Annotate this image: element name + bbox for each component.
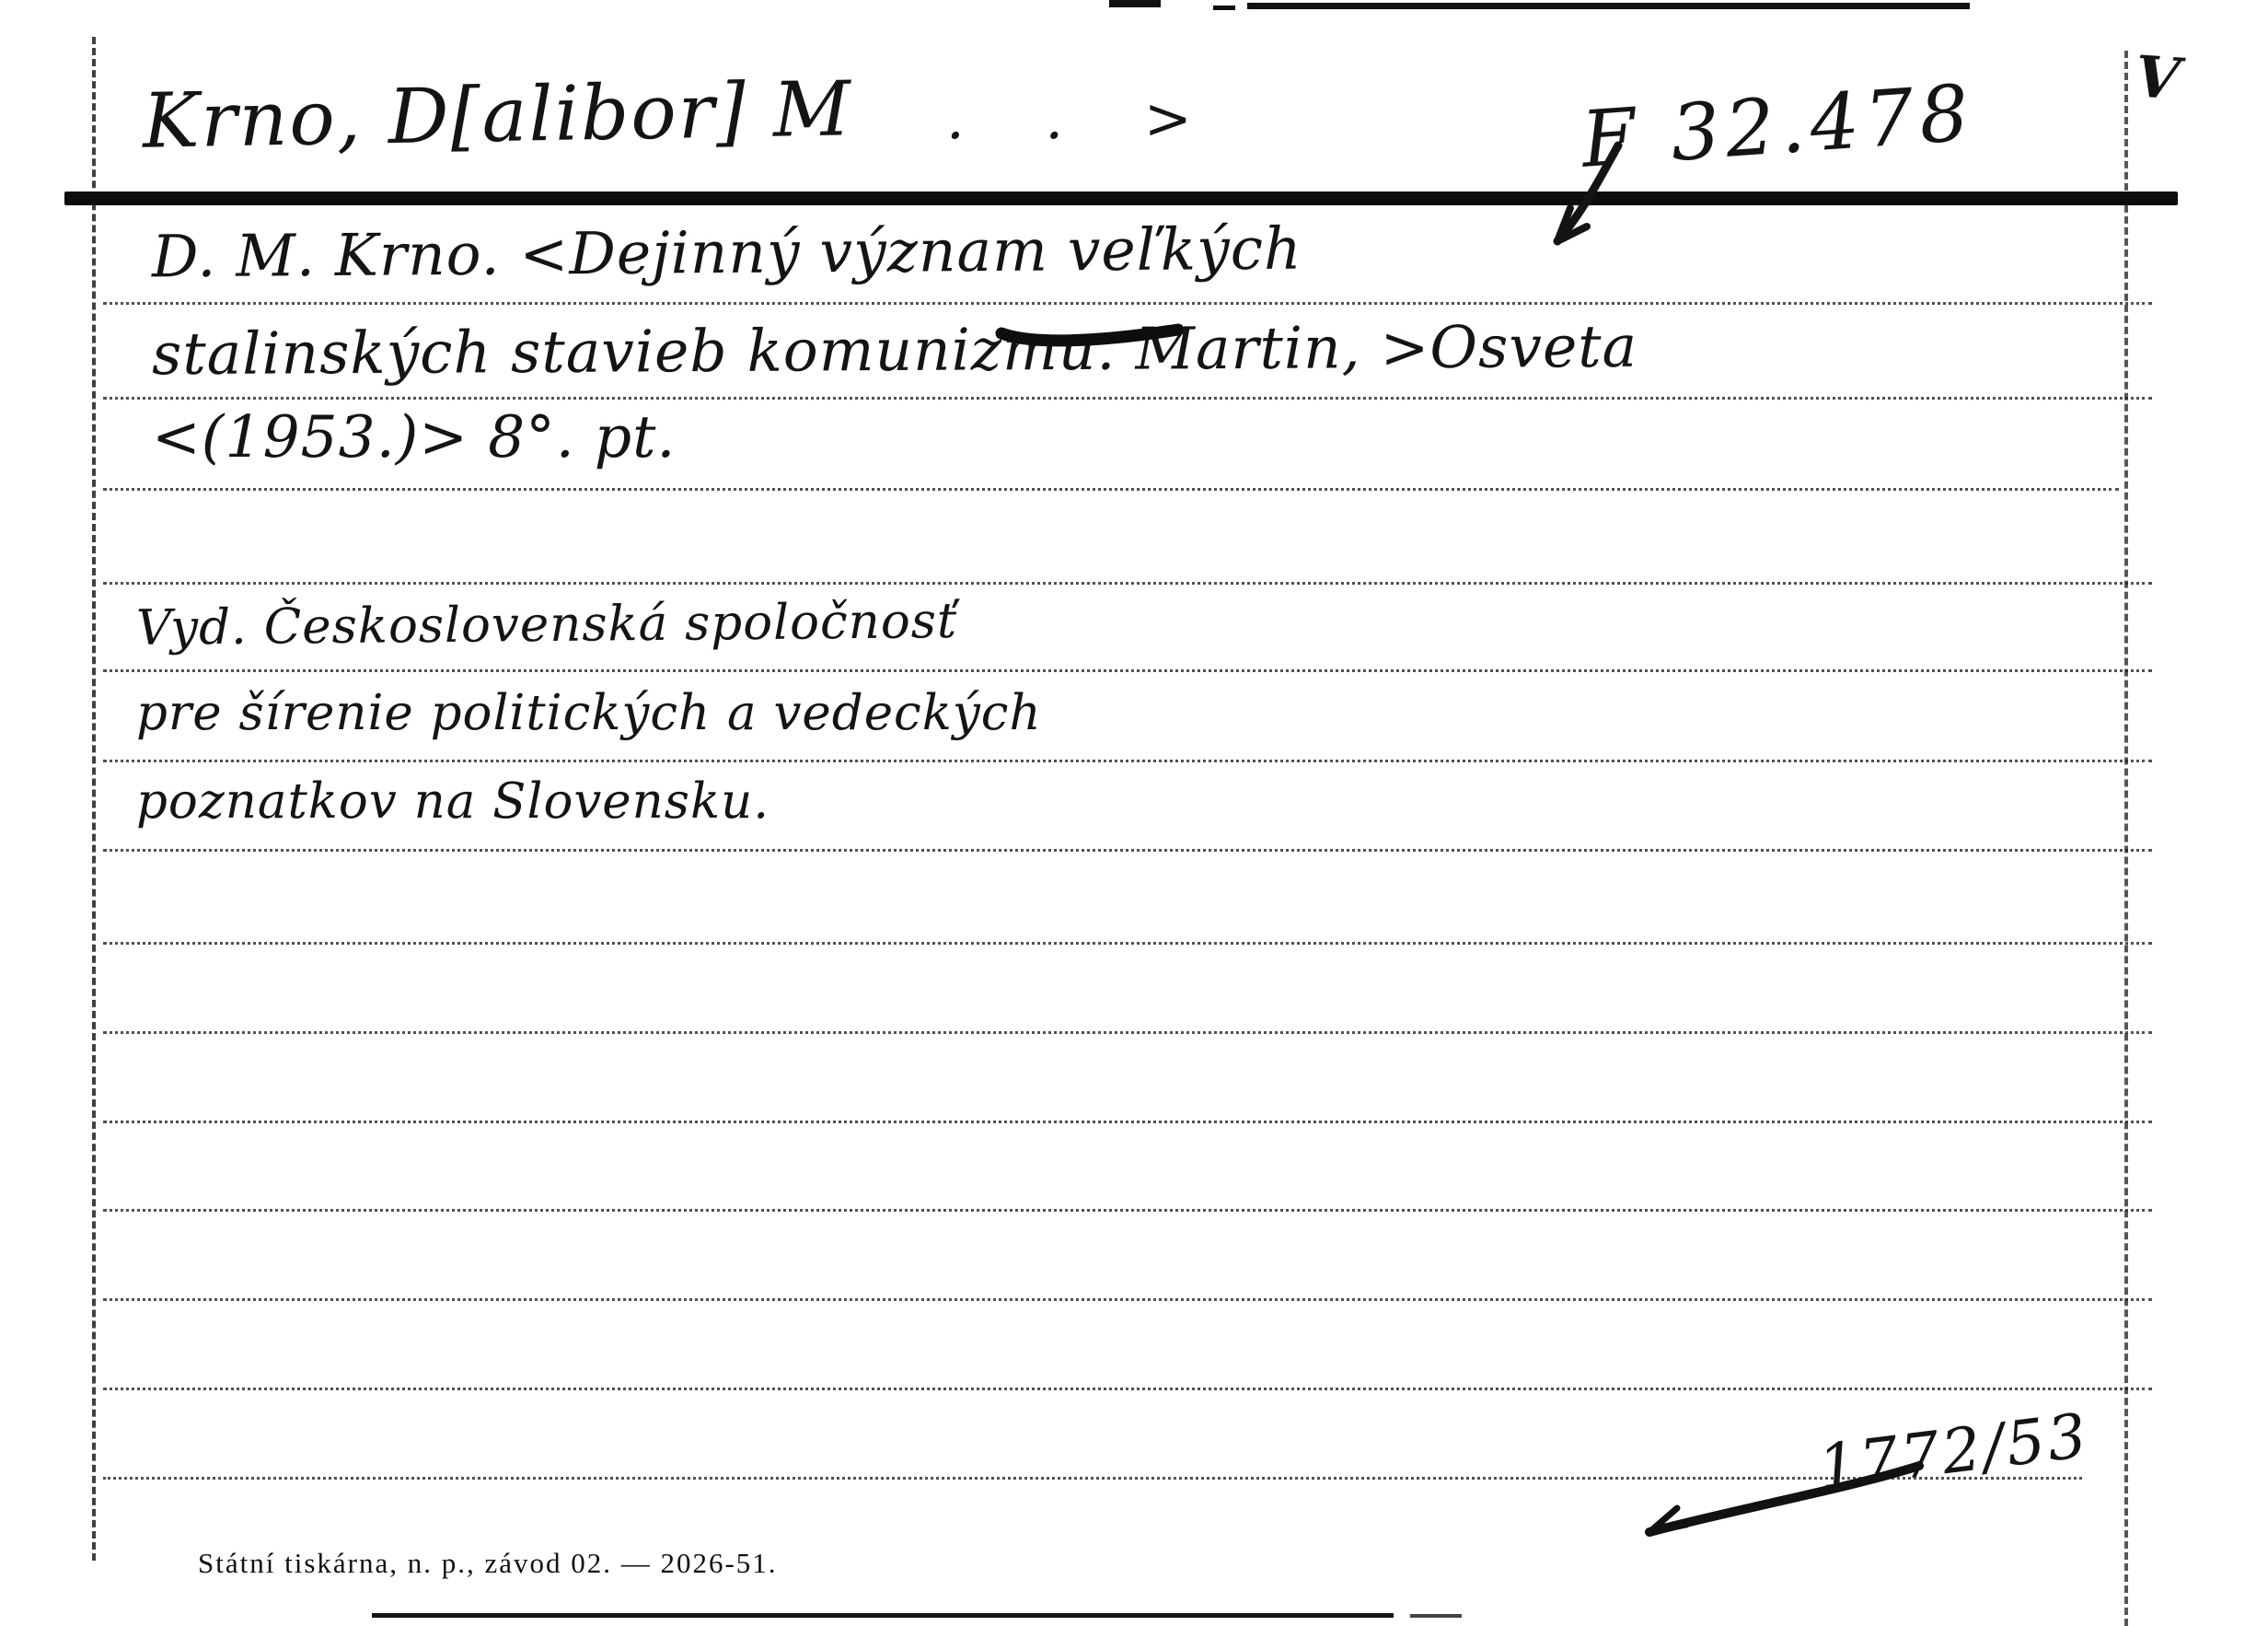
top-edge-line (1247, 3, 1970, 9)
author-heading: Krno, D[alibor] M (142, 65, 852, 165)
call-number-arrow (1510, 138, 1657, 258)
emphasis-underline (994, 313, 1215, 350)
accession-arrow (1629, 1455, 1933, 1547)
title-line: stalinských stavieb komunizmu. Martin, >… (152, 313, 1638, 388)
ruled-line (103, 1209, 2152, 1212)
note-line: Vyd. Československá spoločnosť (136, 593, 958, 656)
bottom-edge-line (372, 1613, 1394, 1618)
heading-insert-mark: . . > (946, 85, 1223, 152)
ruled-line (103, 1298, 2152, 1301)
ruled-line (103, 488, 2119, 491)
title-line: D. M. Krno. <Dejinný význam veľkých (152, 215, 1302, 291)
header-divider-rule (64, 192, 2178, 205)
ruled-line (103, 1121, 2152, 1123)
collation-line: <(1953.)> 8°. pt. (152, 403, 676, 470)
ruled-line (103, 302, 2152, 305)
ruled-line (103, 849, 2152, 852)
printer-imprint: Státní tiskárna, n. p., závod 02. — 2026… (198, 1547, 778, 1580)
left-margin-line (92, 37, 96, 1561)
note-line: poznatkov na Slovensku. (136, 773, 769, 830)
catalog-card: Krno, D[alibor] M . . > F 32.478 V D. M.… (0, 0, 2268, 1626)
ruled-line (103, 669, 2152, 672)
corner-checkmark: V (2134, 42, 2182, 112)
ruled-line (103, 397, 2152, 400)
top-edge-dash (1213, 6, 1235, 10)
top-edge-mark (1109, 0, 1161, 7)
note-line: pre šírenie politických a vedeckých (136, 685, 1042, 741)
ruled-line (103, 1388, 2152, 1390)
ruled-line (103, 942, 2152, 945)
bottom-edge-dash (1410, 1614, 1462, 1618)
ruled-line (103, 1031, 2152, 1034)
ruled-line (103, 582, 2152, 585)
ruled-line (103, 760, 2152, 762)
